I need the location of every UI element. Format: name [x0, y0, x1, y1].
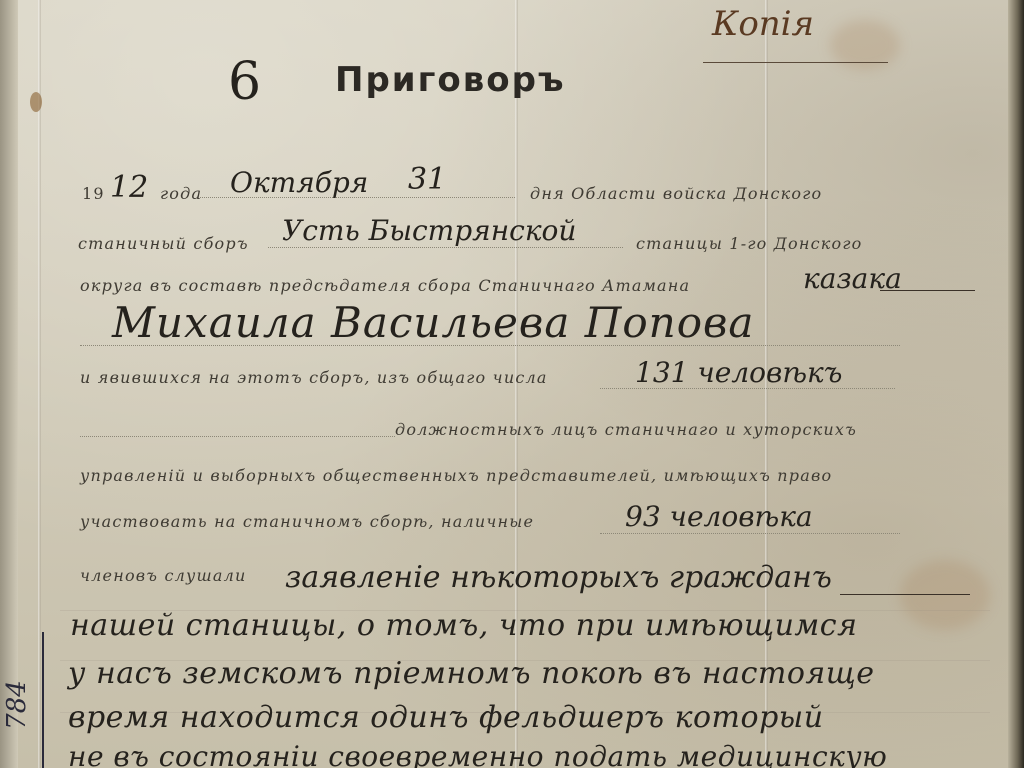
label-okrug: станицы 1-го Донского	[636, 234, 862, 253]
statement-handwritten: заявленіе нѣкоторыхъ гражданъ	[285, 560, 832, 595]
month-handwritten: Октября	[230, 166, 368, 199]
copy-mark-underline	[703, 62, 888, 63]
label-total-count: и явившихся на этотъ сборъ, изъ общаго ч…	[80, 368, 548, 387]
label-heard: членовъ слушали	[80, 566, 246, 585]
officials-field-line	[80, 436, 395, 437]
label-region: дня Области войска Донского	[530, 184, 822, 203]
body-line: нашей станицы, о томъ, что при имѣющимся	[70, 608, 857, 643]
day-handwritten: 31	[408, 162, 446, 197]
chairman-name-handwritten: Михаила Васильева Попова	[112, 298, 754, 347]
total-handwritten: 131 человѣкъ	[635, 356, 842, 389]
page-left-edge	[0, 0, 18, 768]
present-handwritten: 93 человѣка	[625, 500, 813, 533]
label-chairman: округа въ составѣ предсѣдателя сбора Ста…	[80, 276, 690, 295]
document-number-mark: 6	[228, 52, 261, 112]
stain	[30, 92, 42, 112]
fold-crease	[38, 0, 41, 768]
present-field-line	[600, 533, 900, 534]
body-line: не въ состояніи своевременно подать меди…	[68, 740, 887, 768]
page-title: Приговоръ	[335, 60, 566, 100]
document-page: 6 Приговоръ Копія 19 12 года Октября 31 …	[0, 0, 1024, 768]
label-stanichny-sbor: станичный сборъ	[78, 234, 249, 253]
rank-underline	[880, 290, 975, 291]
statement-underline	[840, 594, 970, 595]
stanitsa-handwritten: Усть Быстрянской	[282, 214, 576, 247]
body-line: у насъ земскомъ пріемномъ покоѣ въ насто…	[68, 656, 875, 691]
stain	[900, 560, 990, 630]
year-prefix: 19	[82, 184, 105, 203]
body-line: время находится одинъ фельдшеръ который	[68, 700, 824, 735]
label-present: участвовать на станичномъ сборѣ, наличны…	[80, 512, 534, 531]
page-right-edge	[1008, 0, 1024, 768]
label-officials: должностныхъ лицъ станичнаго и хуторских…	[395, 420, 857, 439]
stanitsa-field-line	[268, 247, 623, 248]
copy-mark: Копія	[712, 4, 814, 44]
margin-note: 784	[2, 680, 32, 730]
year-handwritten: 12	[110, 170, 148, 205]
label-representatives: управленій и выборныхъ общественныхъ пре…	[80, 466, 832, 485]
label-goda: года	[160, 184, 202, 203]
margin-line	[42, 632, 44, 768]
